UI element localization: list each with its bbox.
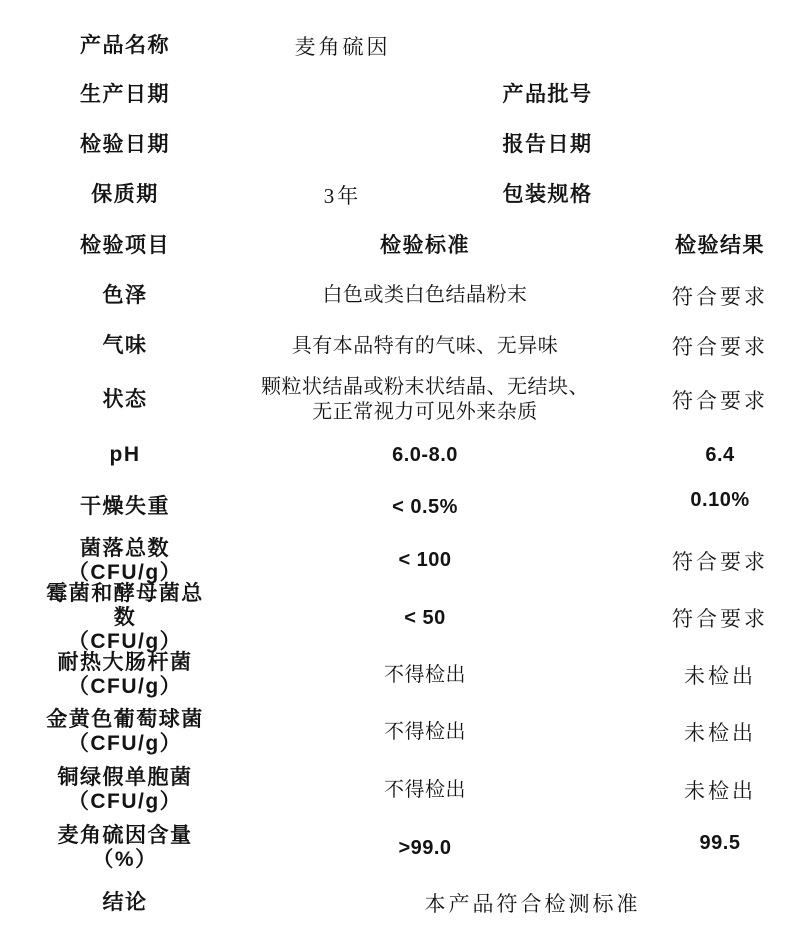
package-spec-label: 包装规格	[475, 183, 620, 207]
item-name: 气味	[40, 334, 210, 358]
item-standard: < 0.5%	[210, 496, 640, 519]
table-row-loss-on-drying: 干燥失重 < 0.5% 0.10%	[0, 482, 800, 532]
info-row-product-name: 产品名称 麦角硫因	[0, 22, 800, 70]
item-result: 符合要求	[640, 331, 800, 361]
table-header-row: 检验项目 检验标准 检验结果	[0, 220, 800, 271]
item-name: 色泽	[40, 284, 210, 308]
column-header-result: 检验结果	[640, 234, 800, 258]
shelf-life-label: 保质期	[40, 183, 210, 207]
item-name: pH	[40, 443, 210, 467]
report-date-label: 报告日期	[475, 133, 620, 157]
table-row-heat-resistant-ecoli: 耐热大肠杆菌 （CFU/g） 不得检出 未检出	[0, 647, 800, 703]
table-row-color: 色泽 白色或类白色结晶粉末 符合要求	[0, 271, 800, 320]
item-standard: >99.0	[210, 837, 640, 860]
item-name: 状态	[40, 388, 210, 412]
item-standard: 不得检出	[210, 720, 640, 745]
item-standard: 不得检出	[210, 663, 640, 688]
table-row-total-plate-count: 菌落总数 （CFU/g） < 100 符合要求	[0, 532, 800, 589]
table-row-staph-aureus: 金黄色葡萄球菌 （CFU/g） 不得检出 未检出	[0, 703, 800, 761]
info-row-shelf-life: 保质期 3年 包装规格	[0, 170, 800, 220]
item-result: 符合要求	[640, 546, 800, 576]
item-standard: 6.0-8.0	[210, 444, 640, 467]
item-standard: 颗粒状结晶或粉末状结晶、无结块、 无正常视力可见外来杂质	[210, 375, 640, 425]
item-result: 99.5	[640, 832, 800, 855]
top-margin	[0, 0, 800, 22]
info-row-inspection-date: 检验日期 报告日期	[0, 120, 800, 170]
item-standard: < 50	[210, 607, 640, 630]
item-name: 耐热大肠杆菌 （CFU/g）	[40, 651, 210, 699]
column-header-standard: 检验标准	[210, 234, 640, 258]
item-result: 未检出	[640, 717, 800, 747]
item-result: 符合要求	[640, 385, 800, 415]
item-name: 麦角硫因含量 （%）	[40, 824, 210, 872]
conclusion-row: 结论 本产品符合检测标准	[0, 877, 800, 929]
table-row-appearance: 状态 颗粒状结晶或粉末状结晶、无结块、 无正常视力可见外来杂质 符合要求	[0, 372, 800, 428]
item-standard: 白色或类白色结晶粉末	[210, 283, 640, 308]
conclusion-label: 结论	[40, 891, 210, 915]
item-result: 符合要求	[640, 281, 800, 311]
info-row-production-date: 生产日期 产品批号	[0, 70, 800, 120]
item-result: 未检出	[640, 775, 800, 805]
conclusion-value: 本产品符合检测标准	[210, 888, 795, 918]
batch-number-label: 产品批号	[475, 83, 620, 107]
production-date-label: 生产日期	[40, 83, 210, 107]
item-standard: 不得检出	[210, 778, 640, 803]
item-result: 未检出	[640, 660, 800, 690]
shelf-life-value: 3年	[210, 180, 475, 210]
item-standard: 具有本品特有的气味、无异味	[210, 334, 640, 359]
item-name: 铜绿假单胞菌 （CFU/g）	[40, 766, 210, 814]
item-result: 符合要求	[640, 603, 800, 633]
inspection-date-label: 检验日期	[40, 133, 210, 157]
item-result: 0.10%	[640, 489, 800, 512]
table-row-yeast-mold: 霉菌和酵母菌总数 （CFU/g） < 50 符合要求	[0, 589, 800, 647]
table-row-ergothioneine-content: 麦角硫因含量 （%） >99.0 99.5	[0, 819, 800, 877]
item-name: 霉菌和酵母菌总数 （CFU/g）	[40, 582, 210, 654]
item-name: 干燥失重	[40, 495, 210, 519]
inspection-report-document: 产品名称 麦角硫因 生产日期 产品批号 检验日期 报告日期 保质期 3年 包装规…	[0, 0, 800, 946]
item-result: 6.4	[640, 444, 800, 467]
item-name: 菌落总数 （CFU/g）	[40, 537, 210, 585]
table-row-odor: 气味 具有本品特有的气味、无异味 符合要求	[0, 320, 800, 372]
item-name: 金黄色葡萄球菌 （CFU/g）	[40, 708, 210, 756]
product-name-value: 麦角硫因	[210, 31, 475, 61]
item-standard: < 100	[210, 549, 640, 572]
product-name-label: 产品名称	[40, 34, 210, 58]
table-row-pseudomonas: 铜绿假单胞菌 （CFU/g） 不得检出 未检出	[0, 761, 800, 819]
table-row-ph: pH 6.0-8.0 6.4	[0, 428, 800, 482]
column-header-item: 检验项目	[40, 234, 210, 258]
